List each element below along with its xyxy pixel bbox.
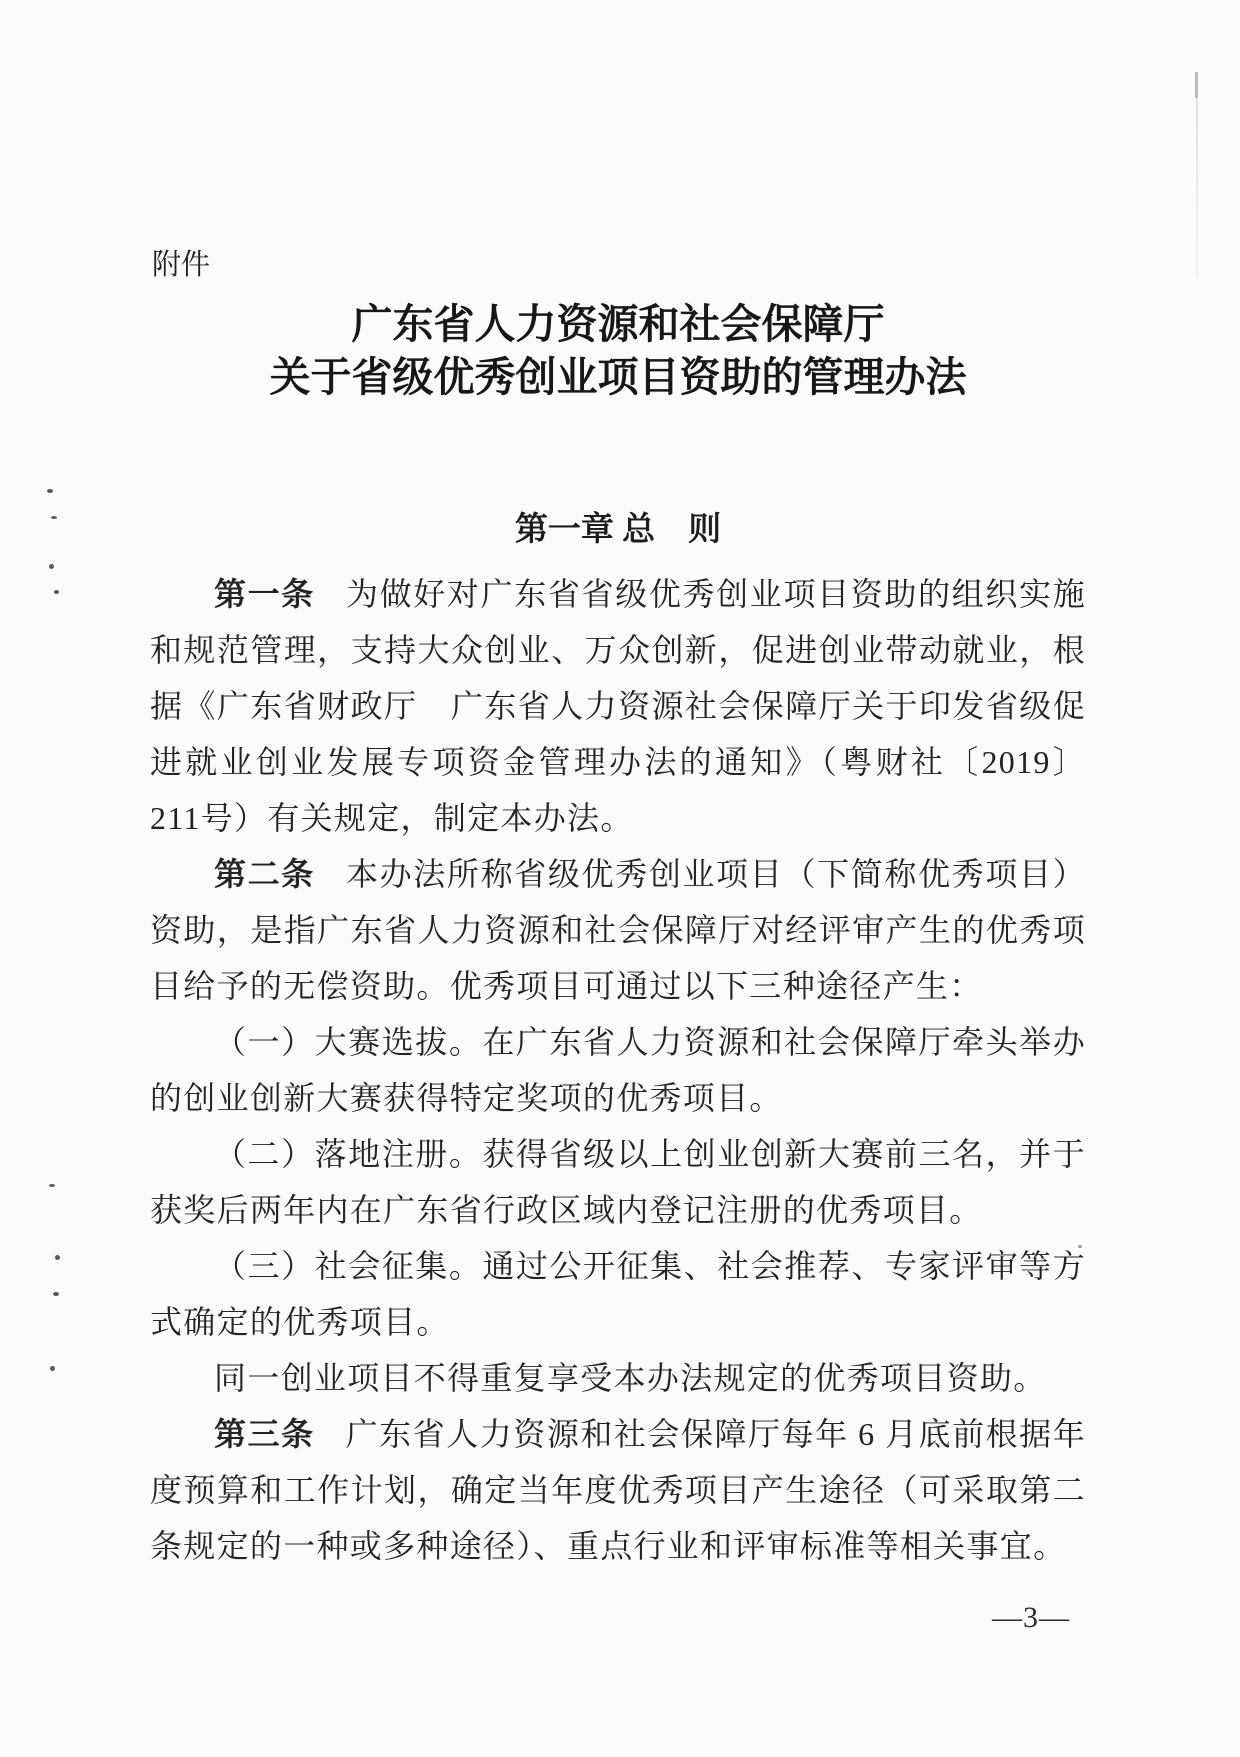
item-2-text: （二）落地注册。获得省级以上创业创新大赛前三名，并于获奖后两年内在广东省行政区域… [150, 1136, 1086, 1228]
paragraph-item-3: （三）社会征集。通过公开征集、社会推荐、专家评审等方式确定的优秀项目。 [150, 1238, 1086, 1350]
attachment-label: 附件 [152, 248, 210, 282]
document-title: 广东省人力资源和社会保障厅 关于省级优秀创业项目资助的管理办法 [150, 298, 1086, 404]
document-title-line2: 关于省级优秀创业项目资助的管理办法 [150, 351, 1086, 404]
chapter-heading: 第一章 总 则 [150, 512, 1086, 548]
paragraph-article-1: 第一条为做好对广东省省级优秀创业项目资助的组织实施和规范管理，支持大众创业、万众… [150, 566, 1086, 846]
paragraph-article-3: 第三条广东省人力资源和社会保障厅每年 6 月底前根据年度预算和工作计划，确定当年… [150, 1406, 1086, 1574]
scan-speck [50, 1366, 55, 1371]
scan-speck [1078, 1245, 1082, 1248]
scan-speck [51, 516, 57, 519]
scan-speck [53, 1292, 59, 1296]
scan-speck [55, 1255, 60, 1260]
item-1-text: （一）大赛选拔。在广东省人力资源和社会保障厅牵头举办的创业创新大赛获得特定奖项的… [150, 1024, 1086, 1116]
scan-speck [47, 489, 53, 493]
scan-artifact-line [1196, 98, 1198, 278]
document-page: 附件 广东省人力资源和社会保障厅 关于省级优秀创业项目资助的管理办法 第一章 总… [0, 0, 1240, 1757]
scan-speck [54, 590, 59, 594]
scan-artifact-line [1195, 72, 1198, 98]
paragraph-article-2: 第二条本办法所称省级优秀创业项目（下简称优秀项目）资助，是指广东省人力资源和社会… [150, 846, 1086, 1014]
paragraph-note: 同一创业项目不得重复享受本办法规定的优秀项目资助。 [150, 1350, 1086, 1406]
article-1-number: 第一条 [214, 576, 315, 612]
article-1-text: 为做好对广东省省级优秀创业项目资助的组织实施和规范管理，支持大众创业、万众创新，… [150, 576, 1086, 836]
document-title-line1: 广东省人力资源和社会保障厅 [150, 298, 1086, 351]
article-2-number: 第二条 [214, 856, 315, 892]
page-number: —3— [150, 1601, 1086, 1635]
article-3-number: 第三条 [214, 1416, 315, 1452]
document-body: 第一条为做好对广东省省级优秀创业项目资助的组织实施和规范管理，支持大众创业、万众… [150, 566, 1086, 1574]
note-text: 同一创业项目不得重复享受本办法规定的优秀项目资助。 [214, 1360, 1047, 1396]
paragraph-item-1: （一）大赛选拔。在广东省人力资源和社会保障厅牵头举办的创业创新大赛获得特定奖项的… [150, 1014, 1086, 1126]
scan-speck [49, 1184, 55, 1187]
paragraph-item-2: （二）落地注册。获得省级以上创业创新大赛前三名，并于获奖后两年内在广东省行政区域… [150, 1126, 1086, 1238]
item-3-text: （三）社会征集。通过公开征集、社会推荐、专家评审等方式确定的优秀项目。 [150, 1248, 1086, 1340]
scan-speck [49, 564, 54, 569]
